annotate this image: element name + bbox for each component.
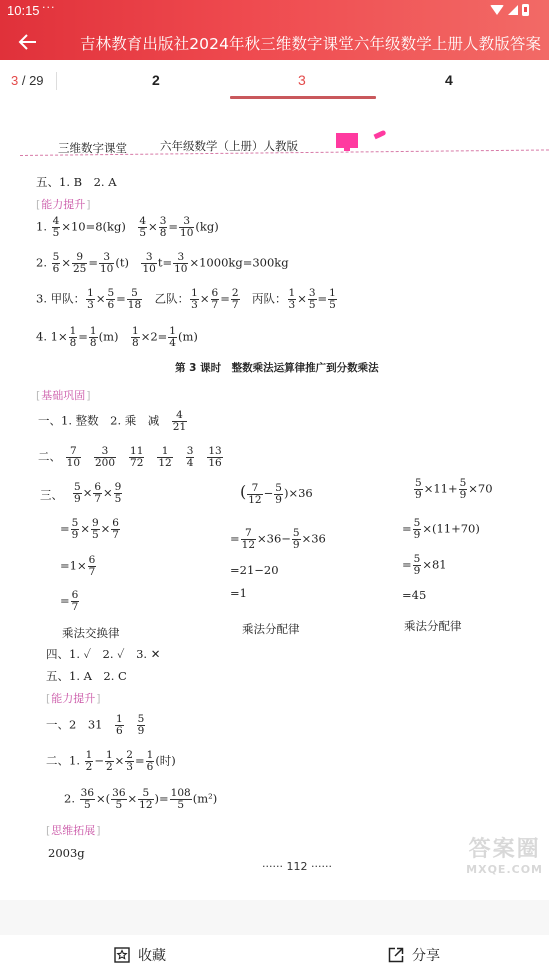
share-label: 分享 [412,945,440,965]
tab-page-2[interactable]: 2 [152,72,160,88]
page-counter: 3 / 29 [11,73,44,88]
answer-line: 一、2 31 16 59 [46,714,146,737]
answer-label: 三、 [40,487,63,503]
law-label: 乘法分配律 [242,621,300,637]
law-label: 乘法交换律 [62,625,120,641]
share-button[interactable]: 分享 [388,945,440,965]
calc-line: =59×81 [402,554,447,577]
answer-line: 二、 710 3200 1172 112 34 1316 [38,446,224,469]
favorite-button[interactable]: 收藏 [114,945,166,965]
answer-line: 四、1. ✓ 2. ✓ 3. ✕ [46,646,160,662]
answer-line: 2. 365×(365×512)=1085(m²) [64,788,217,811]
status-time: 10:15 [7,3,40,18]
section-tag: 思维拓展 [46,822,101,838]
law-label: 乘法分配律 [404,618,462,634]
arrow-left-icon [18,32,38,52]
section-tag: 能力提升 [46,690,101,706]
wifi-icon [490,5,504,15]
bottom-action-bar: 收藏 分享 [0,935,549,975]
status-icons [490,4,529,16]
answer-line: 五、1. B 2. A [36,174,117,190]
calc-line: =45 [402,588,426,602]
calc-line: =67 [60,590,80,613]
content-spacer [0,900,549,935]
monitor-icon [336,133,358,148]
calc-line: 59×67×95 [72,482,123,505]
title-bar: 吉林教育出版社2024年秋三维数字课堂六年级数学上册人教版答案 [0,24,549,60]
tab-page-3[interactable]: 3 [298,72,306,88]
page-title: 吉林教育出版社2024年秋三维数字课堂六年级数学上册人教版答案 [80,32,541,54]
favorite-label: 收藏 [138,945,166,965]
section-tag: 能力提升 [36,196,91,212]
calc-line: =712×36−59×36 [230,528,326,551]
calc-line: =1×67 [60,555,97,578]
answer-line: 3. 甲队：13×56=518 乙队：13×67=27 丙队：13×35=15 [36,288,338,311]
back-button[interactable] [14,28,42,56]
total-pages: 29 [29,73,43,88]
calc-line: =59×(11+70) [402,518,480,541]
signal-icon [508,5,518,15]
answer-line: 4. 1×18=18(m) 18×2=14(m) [36,326,198,349]
share-icon [388,947,404,963]
tab-page-4[interactable]: 4 [445,72,453,88]
star-bookmark-icon [114,947,130,963]
answer-line: 1. 45×10=8(kg) 45×38=310(kg) [36,216,219,239]
battery-icon [522,4,529,16]
watermark: 答案圈 MXQE.COM [466,832,543,876]
page-number: ······ 112 ······ [262,860,332,873]
status-bar: 10:15 ··· [0,0,549,24]
document-page[interactable]: 三维数字课堂 六年级数学（上册）人教版 五、1. B 2. A 能力提升 1. … [0,110,549,900]
calc-line: (712−59)×36 [240,482,313,506]
active-tab-indicator [230,96,376,99]
calc-line: =1 [230,586,247,600]
page-separator: / [18,73,29,88]
calc-line: =59×95×67 [60,518,121,541]
answer-line: 五、1. A 2. C [46,668,127,684]
calc-line: =21−20 [230,563,279,577]
tab-divider [56,72,57,90]
section-tag: 基础巩固 [36,387,91,403]
notification-dots-icon: ··· [42,1,56,14]
answer-line: 一、1. 整数 2. 乘 减 421 [38,410,188,433]
answer-line: 2003g [48,846,85,860]
rocket-icon [374,130,387,140]
answer-line: 2. 56×925=310(t) 310t=310×1000kg=300kg [36,252,289,275]
app-bar: 10:15 ··· 吉林教育出版社2024年秋三维数字课堂六年级数学上册人教版答… [0,0,549,60]
answer-line: 二、1. 12−12×23=16(时) [46,750,176,773]
lesson-title: 第 3 课时 整数乘法运算律推广到分数乘法 [175,360,379,375]
calc-line: 59×11+59×70 [413,478,493,501]
